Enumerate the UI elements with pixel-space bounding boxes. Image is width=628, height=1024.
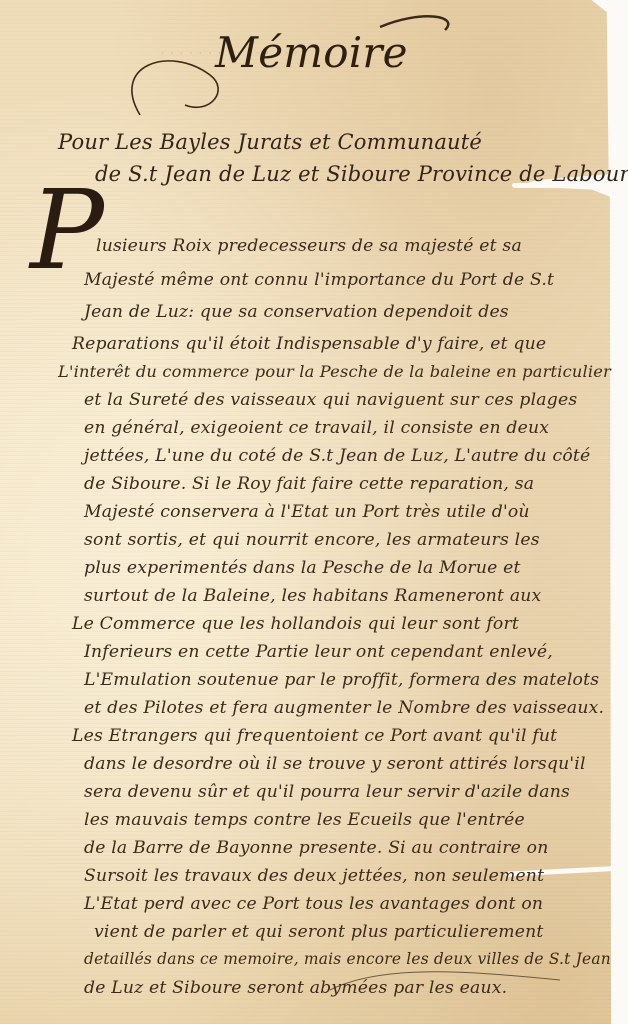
body-line: L'Etat perd avec ce Port tous les avanta… — [84, 894, 543, 914]
subtitle-line-1: Pour Les Bayles Jurats et Communauté — [58, 130, 482, 154]
drop-cap: P — [30, 175, 104, 285]
body-line: plus experimentés dans la Pesche de la M… — [84, 558, 521, 578]
body-line: sera devenu sûr et qu'il pourra leur ser… — [84, 782, 570, 802]
body-line: lusieurs Roix predecesseurs de sa majest… — [96, 236, 522, 256]
body-line: les mauvais temps contre les Ecueils que… — [84, 810, 525, 830]
body-line: de la Barre de Bayonne presente. Si au c… — [84, 838, 549, 858]
body-line: L'Emulation soutenue par le proffit, for… — [84, 670, 599, 690]
body-line: dans le desordre où il se trouve y seron… — [84, 754, 586, 774]
body-line: et la Sureté des vaisseaux qui naviguent… — [84, 390, 577, 410]
body-line: Inferieurs en cette Partie leur ont cepe… — [84, 642, 553, 662]
body-line: Jean de Luz: que sa conservation dependo… — [84, 302, 509, 322]
body-line: Le Commerce que les hollandois qui leur … — [72, 614, 519, 634]
body-line: Reparations qu'il étoit Indispensable d'… — [72, 334, 546, 354]
body-line: Les Etrangers qui frequentoient ce Port … — [72, 726, 557, 746]
title-flourish — [90, 5, 490, 125]
body-line: surtout de la Baleine, les habitans Rame… — [84, 586, 541, 606]
closing-flourish — [320, 960, 580, 1010]
body-line: en général, exigeoient ce travail, il co… — [84, 418, 549, 438]
body-line: vient de parler et qui seront plus parti… — [94, 922, 543, 942]
body-line: et des Pilotes et fera augmenter le Nomb… — [84, 698, 604, 718]
body-line: Sursoit les travaux des deux jettées, no… — [84, 866, 544, 886]
body-line: jettées, L'une du coté de S.t Jean de Lu… — [84, 446, 590, 466]
body-line: Majesté conservera à l'Etat un Port très… — [84, 502, 530, 522]
subtitle-line-2: de S.t Jean de Luz et Siboure Province d… — [95, 162, 628, 186]
body-line: de Siboure. Si le Roy fait faire cette r… — [84, 474, 534, 494]
body-line: sont sortis, et qui nourrit encore, les … — [84, 530, 540, 550]
body-line: Majesté même ont connu l'importance du P… — [84, 270, 554, 290]
body-line: L'interêt du commerce pour la Pesche de … — [58, 362, 611, 381]
